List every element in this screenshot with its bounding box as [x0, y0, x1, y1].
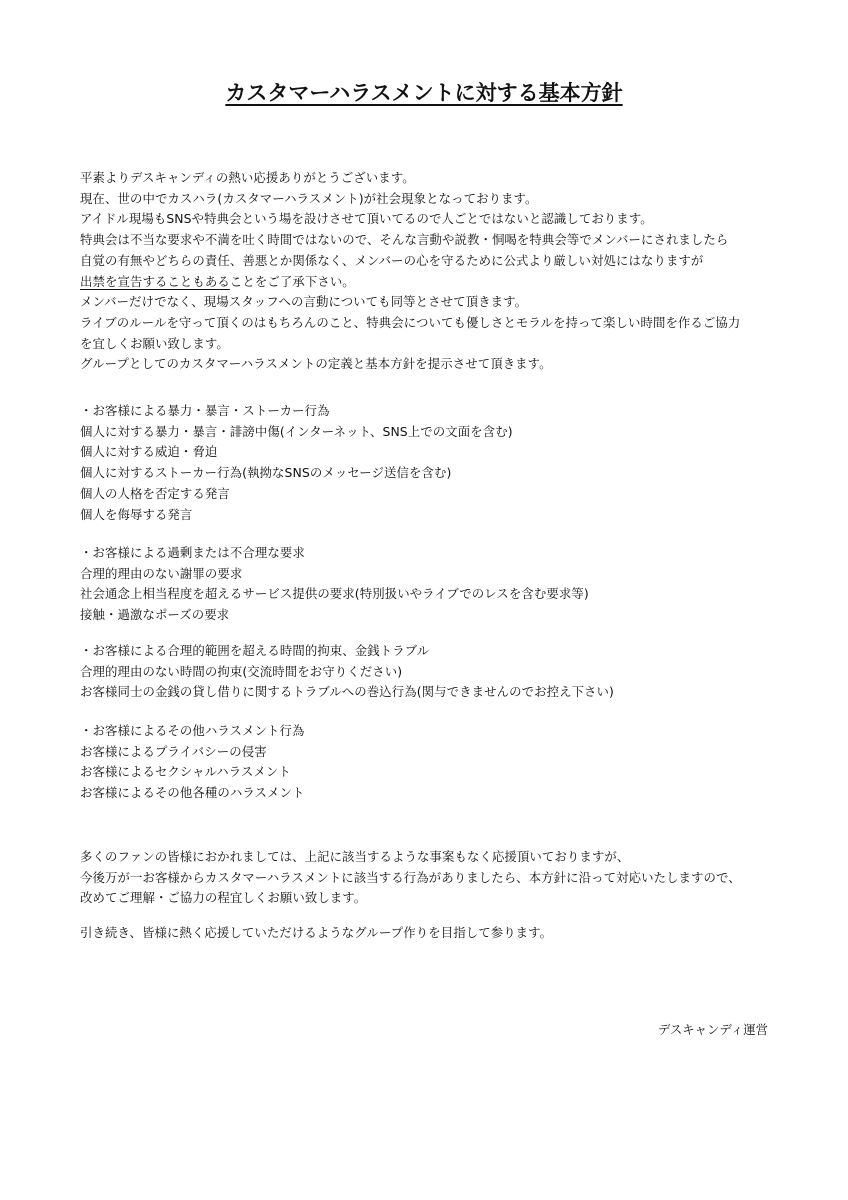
- section-item: 個人に対する威迫・脅迫: [80, 442, 780, 463]
- section-heading: ・お客様による暴力・暴言・ストーカー行為: [80, 401, 780, 422]
- section-item: お客様によるセクシャルハラスメント: [80, 762, 780, 783]
- closing-line: 今後万が一お客様からカスタマーハラスメントに該当する行為がありましたら、本方針に…: [80, 868, 780, 889]
- section-excessive-demands: ・お客様による過剰または不合理な要求 合理的理由のない謝罪の要求 社会通念上相当…: [80, 543, 780, 626]
- section-item: 社会通念上相当程度を超えるサービス提供の要求(特別扱いやライブでのレスを含む要求…: [80, 584, 780, 605]
- section-time-money: ・お客様による合理的範囲を超える時間的拘束、金銭トラブル 合理的理由のない時間の…: [80, 641, 780, 703]
- intro-line: グループとしてのカスタマーハラスメントの定義と基本方針を提示させて頂きます。: [80, 354, 780, 375]
- closing-final: 引き続き、皆様に熱く応援していただけるようなグループ作りを目指して参ります。: [80, 923, 780, 944]
- section-other-harassment: ・お客様によるその他ハラスメント行為 お客様によるプライバシーの侵害 お客様によ…: [80, 721, 780, 804]
- section-heading: ・お客様によるその他ハラスメント行為: [80, 721, 780, 742]
- section-item: 個人を侮辱する発言: [80, 505, 780, 526]
- ban-notice-underlined: 出禁を宣告することもある: [80, 274, 230, 289]
- section-item: お客様同士の金銭の貸し借りに関するトラブルへの巻込行為(関与できませんのでお控え…: [80, 682, 780, 703]
- document-title: カスタマーハラスメントに対する基本方針: [0, 78, 848, 108]
- closing-paragraph: 多くのファンの皆様におかれましては、上記に該当するような事案もなく応援頂いており…: [80, 847, 780, 909]
- section-violence: ・お客様による暴力・暴言・ストーカー行為 個人に対する暴力・暴言・誹謗中傷(イン…: [80, 401, 780, 525]
- section-item: 合理的理由のない時間の拘束(交流時間をお守りください): [80, 662, 780, 683]
- intro-line: アイドル現場もSNSや特典会という場を設けさせて頂いてるので人ごとではないと認識…: [80, 209, 780, 230]
- section-heading: ・お客様による合理的範囲を超える時間的拘束、金銭トラブル: [80, 641, 780, 662]
- intro-line: ライブのルールを守って頂くのはもちろんのこと、特典会についても優しさとモラルを持…: [80, 313, 780, 334]
- intro-line: を宜しくお願い致します。: [80, 334, 780, 355]
- section-item: 個人に対するストーカー行為(執拗なSNSのメッセージ送信を含む): [80, 463, 780, 484]
- intro-line: メンバーだけでなく、現場スタッフへの言動についても同等とさせて頂きます。: [80, 292, 780, 313]
- section-heading: ・お客様による過剰または不合理な要求: [80, 543, 780, 564]
- section-item: 個人の人格を否定する発言: [80, 484, 780, 505]
- section-item: 接触・過激なポーズの要求: [80, 605, 780, 626]
- intro-line: 特典会は不当な要求や不満を吐く時間ではないので、そんな言動や説教・恫喝を特典会等…: [80, 230, 780, 251]
- section-item: 個人に対する暴力・暴言・誹謗中傷(インターネット、SNS上での文面を含む): [80, 422, 780, 443]
- closing-line: 改めてご理解・ご協力の程宜しくお願い致します。: [80, 888, 780, 909]
- section-item: お客様によるその他各種のハラスメント: [80, 783, 780, 804]
- intro-paragraph: 平素よりデスキャンディの熱い応援ありがとうございます。 現在、世の中でカスハラ(…: [80, 168, 780, 375]
- intro-line: 平素よりデスキャンディの熱い応援ありがとうございます。: [80, 168, 780, 189]
- section-item: お客様によるプライバシーの侵害: [80, 742, 780, 763]
- intro-line: 自覚の有無やどちらの責任、善悪とか関係なく、メンバーの心を守るために公式より厳し…: [80, 251, 780, 272]
- signoff: デスキャンディ運営: [658, 1020, 768, 1040]
- intro-line: 現在、世の中でカスハラ(カスタマーハラスメント)が社会現象となっております。: [80, 189, 780, 210]
- closing-line: 多くのファンの皆様におかれましては、上記に該当するような事案もなく応援頂いており…: [80, 847, 780, 868]
- section-item: 合理的理由のない謝罪の要求: [80, 564, 780, 585]
- intro-line-ban-notice: 出禁を宣告することもあることをご了承下さい。: [80, 272, 780, 293]
- ban-notice-rest: ことをご了承下さい。: [230, 274, 355, 289]
- closing-final-line: 引き続き、皆様に熱く応援していただけるようなグループ作りを目指して参ります。: [80, 923, 780, 944]
- document-title-text: カスタマーハラスメントに対する基本方針: [225, 81, 622, 105]
